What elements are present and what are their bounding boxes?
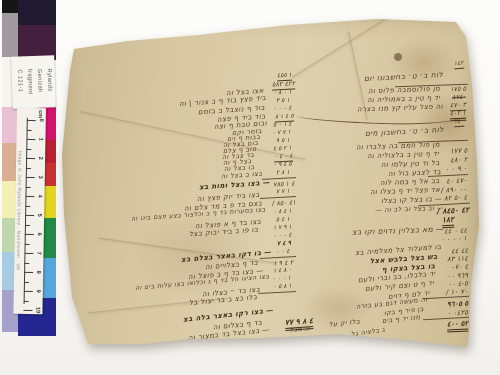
- handwriting-line: ٤ ٠ ٠ ٠: [273, 233, 292, 240]
- ruler-number: 9: [35, 290, 41, 293]
- handwriting-line: ٤ ٠٧٠: [451, 264, 469, 272]
- handwriting-line: ٤١ ٨٥٠ /: [272, 199, 296, 207]
- handwriting-line: ١ ٩ ٧ ١: [273, 225, 292, 232]
- handwriting-line: ١ ٥ ٣: [276, 98, 290, 105]
- handwriting-line: לוח ב׳ ט׳ בחשבונו יום: [364, 71, 444, 83]
- ruler-half-tick: [25, 243, 30, 244]
- ruler-number: 3: [37, 176, 43, 179]
- handwriting-line: בלז יק על: [328, 318, 360, 328]
- handwriting-line: ٤ ٥٠ ٨٢: [444, 194, 468, 202]
- ruler-number: 0: [38, 119, 44, 122]
- ruler-tick: [25, 234, 34, 235]
- ruler-tick: [25, 215, 34, 216]
- handwriting-line: ٠ ٨ ٤ ١: [273, 268, 292, 275]
- handwriting-line: ١ ٠ ٠ ٠ ٠: [441, 235, 467, 243]
- color-patch: [18, 0, 56, 25]
- shelfmark-line: fragment: [23, 69, 34, 95]
- handwriting-line: ג בלציה גל: [351, 327, 386, 338]
- ruler-half-tick: [24, 300, 29, 301]
- handwriting-line: ١ ٧ ٧: [276, 189, 290, 196]
- ruler-number: 6: [36, 233, 42, 236]
- ruler-number: 7: [35, 252, 41, 255]
- handwriting-line: ١٤٢: [454, 61, 464, 70]
- shelfmark-line: Genizah: [33, 69, 44, 95]
- handwriting-line: ٠ ٩ ٠ ٠: [445, 165, 467, 173]
- manuscript-fragment: ١٤٢לוח ב׳ ט׳ בחשבונו יוםמן פולוסמבה פלוס…: [58, 15, 480, 365]
- handwriting-line: ٤ ٠ ٠ ٠: [273, 106, 292, 113]
- handwriting-line: בלו בצ ב בר יצול בל: [189, 294, 258, 307]
- color-patch: [2, 13, 18, 57]
- handwriting-line: ١ ٤ ٥: [276, 217, 290, 224]
- handwriting-line: לוח ב׳ ט׳ בחשבון מים: [365, 126, 444, 138]
- ruler-number: 2: [37, 157, 43, 160]
- shelfmark-text: RylandsGenizahfragmentC 121-1: [13, 69, 53, 96]
- handwriting-line: ٥ ٤ ٩ ٠: [273, 162, 292, 169]
- color-patch: [2, 0, 18, 13]
- ruler-tick: [27, 120, 36, 121]
- photo-stage: RylandsGenizahfragmentC 121-1 Image © Jo…: [0, 0, 500, 375]
- shelfmark-line: C 121-1: [13, 70, 24, 96]
- ruler-tick: [24, 291, 33, 292]
- handwriting-line: ٤ ٨ ٩ ٧٧: [285, 317, 314, 330]
- handwriting-line: ٥ ٩٦٠٥: [447, 300, 469, 308]
- ruler-tick: [26, 158, 35, 159]
- handwriting-layer: ١٤٢לוח ב׳ ט׳ בחשבונו יוםמן פולוסמבה פלוס…: [58, 15, 480, 365]
- handwriting-line: ١ ٥ ٩: [276, 138, 290, 145]
- ruler-half-tick: [24, 262, 29, 263]
- ruler-half-tick: [25, 224, 30, 225]
- shelfmark-label: RylandsGenizahfragmentC 121-1: [11, 55, 56, 108]
- ruler-tick: [26, 177, 35, 178]
- ruler-half-tick: [26, 167, 31, 168]
- ruler-number: 8: [35, 271, 41, 274]
- handwriting-line: ٩ ٤ ٧: [277, 241, 291, 248]
- ruler-tick: [26, 139, 35, 140]
- handwriting-line: ٥٢ ٤٠٠: [446, 320, 468, 332]
- handwriting-line: ٢ ٤٨٠: [450, 157, 468, 165]
- sum-line: [258, 291, 296, 294]
- ruler-tick: [25, 196, 34, 197]
- handwriting-line: ٤ ٠ ٠: [276, 249, 290, 256]
- ruler-half-tick: [26, 148, 31, 149]
- handwriting-line: ١ ٢ ٥ ٤: [273, 146, 292, 153]
- handwriting-line: ١ ٧ ٧ ٠: [272, 130, 291, 137]
- ruler-half-tick: [25, 205, 30, 206]
- handwriting-line: ١٤٠: [454, 119, 464, 128]
- handwriting-line: — בצו בצל ומות בצ: [198, 180, 270, 192]
- handwriting-line: ١ ٠ ٨ ٠: [273, 90, 292, 97]
- handwriting-line: — בצו בצל בד במצור וה: [188, 327, 270, 343]
- ruler-number: 5: [36, 214, 42, 217]
- handwriting-line: ١ ٨ ٢: [276, 170, 290, 177]
- handwriting-line: ٤٧٠ ٤٠: [446, 177, 467, 185]
- ruler-number: 10: [34, 307, 40, 313]
- handwriting-line: — מא בצלוין נדוים וקו בצ: [352, 225, 444, 236]
- handwriting-line: ١ ٨ ٥ ٠: [273, 284, 292, 291]
- ruler-number: 4: [36, 195, 42, 198]
- ruler-half-tick: [24, 281, 29, 282]
- ruler-half-tick: [27, 129, 32, 130]
- handwriting-line: ٤ ١ ٠ ٥: [273, 122, 292, 129]
- ruler-tick: [24, 272, 33, 273]
- shelfmark-line: Rylands: [43, 69, 54, 95]
- ruler-tick: [23, 310, 32, 311]
- ruler-half-tick: [26, 186, 31, 187]
- ruler-unit-label: cm: [37, 110, 43, 118]
- ruler-tick: [24, 253, 33, 254]
- handwriting-line: ١ ٠ ٠ ٠: [272, 276, 291, 283]
- manuscript-paper: ١٤٢לוח ב׳ ט׳ בחשבונו יוםמן פולוסמבה פלוס…: [58, 15, 480, 365]
- handwriting-line: מנו יד ף בים: [381, 314, 420, 324]
- ruler-number: 1: [37, 138, 43, 141]
- handwriting-line: ١ ٤ ٨ ٠: [273, 209, 292, 216]
- handwriting-line: ٥ ١٧٧: [450, 148, 468, 156]
- ruler: Image © John Rylands Library . Mancheste…: [13, 108, 46, 314]
- handwriting-line: — וב בצל וב לב וה —: [375, 205, 444, 214]
